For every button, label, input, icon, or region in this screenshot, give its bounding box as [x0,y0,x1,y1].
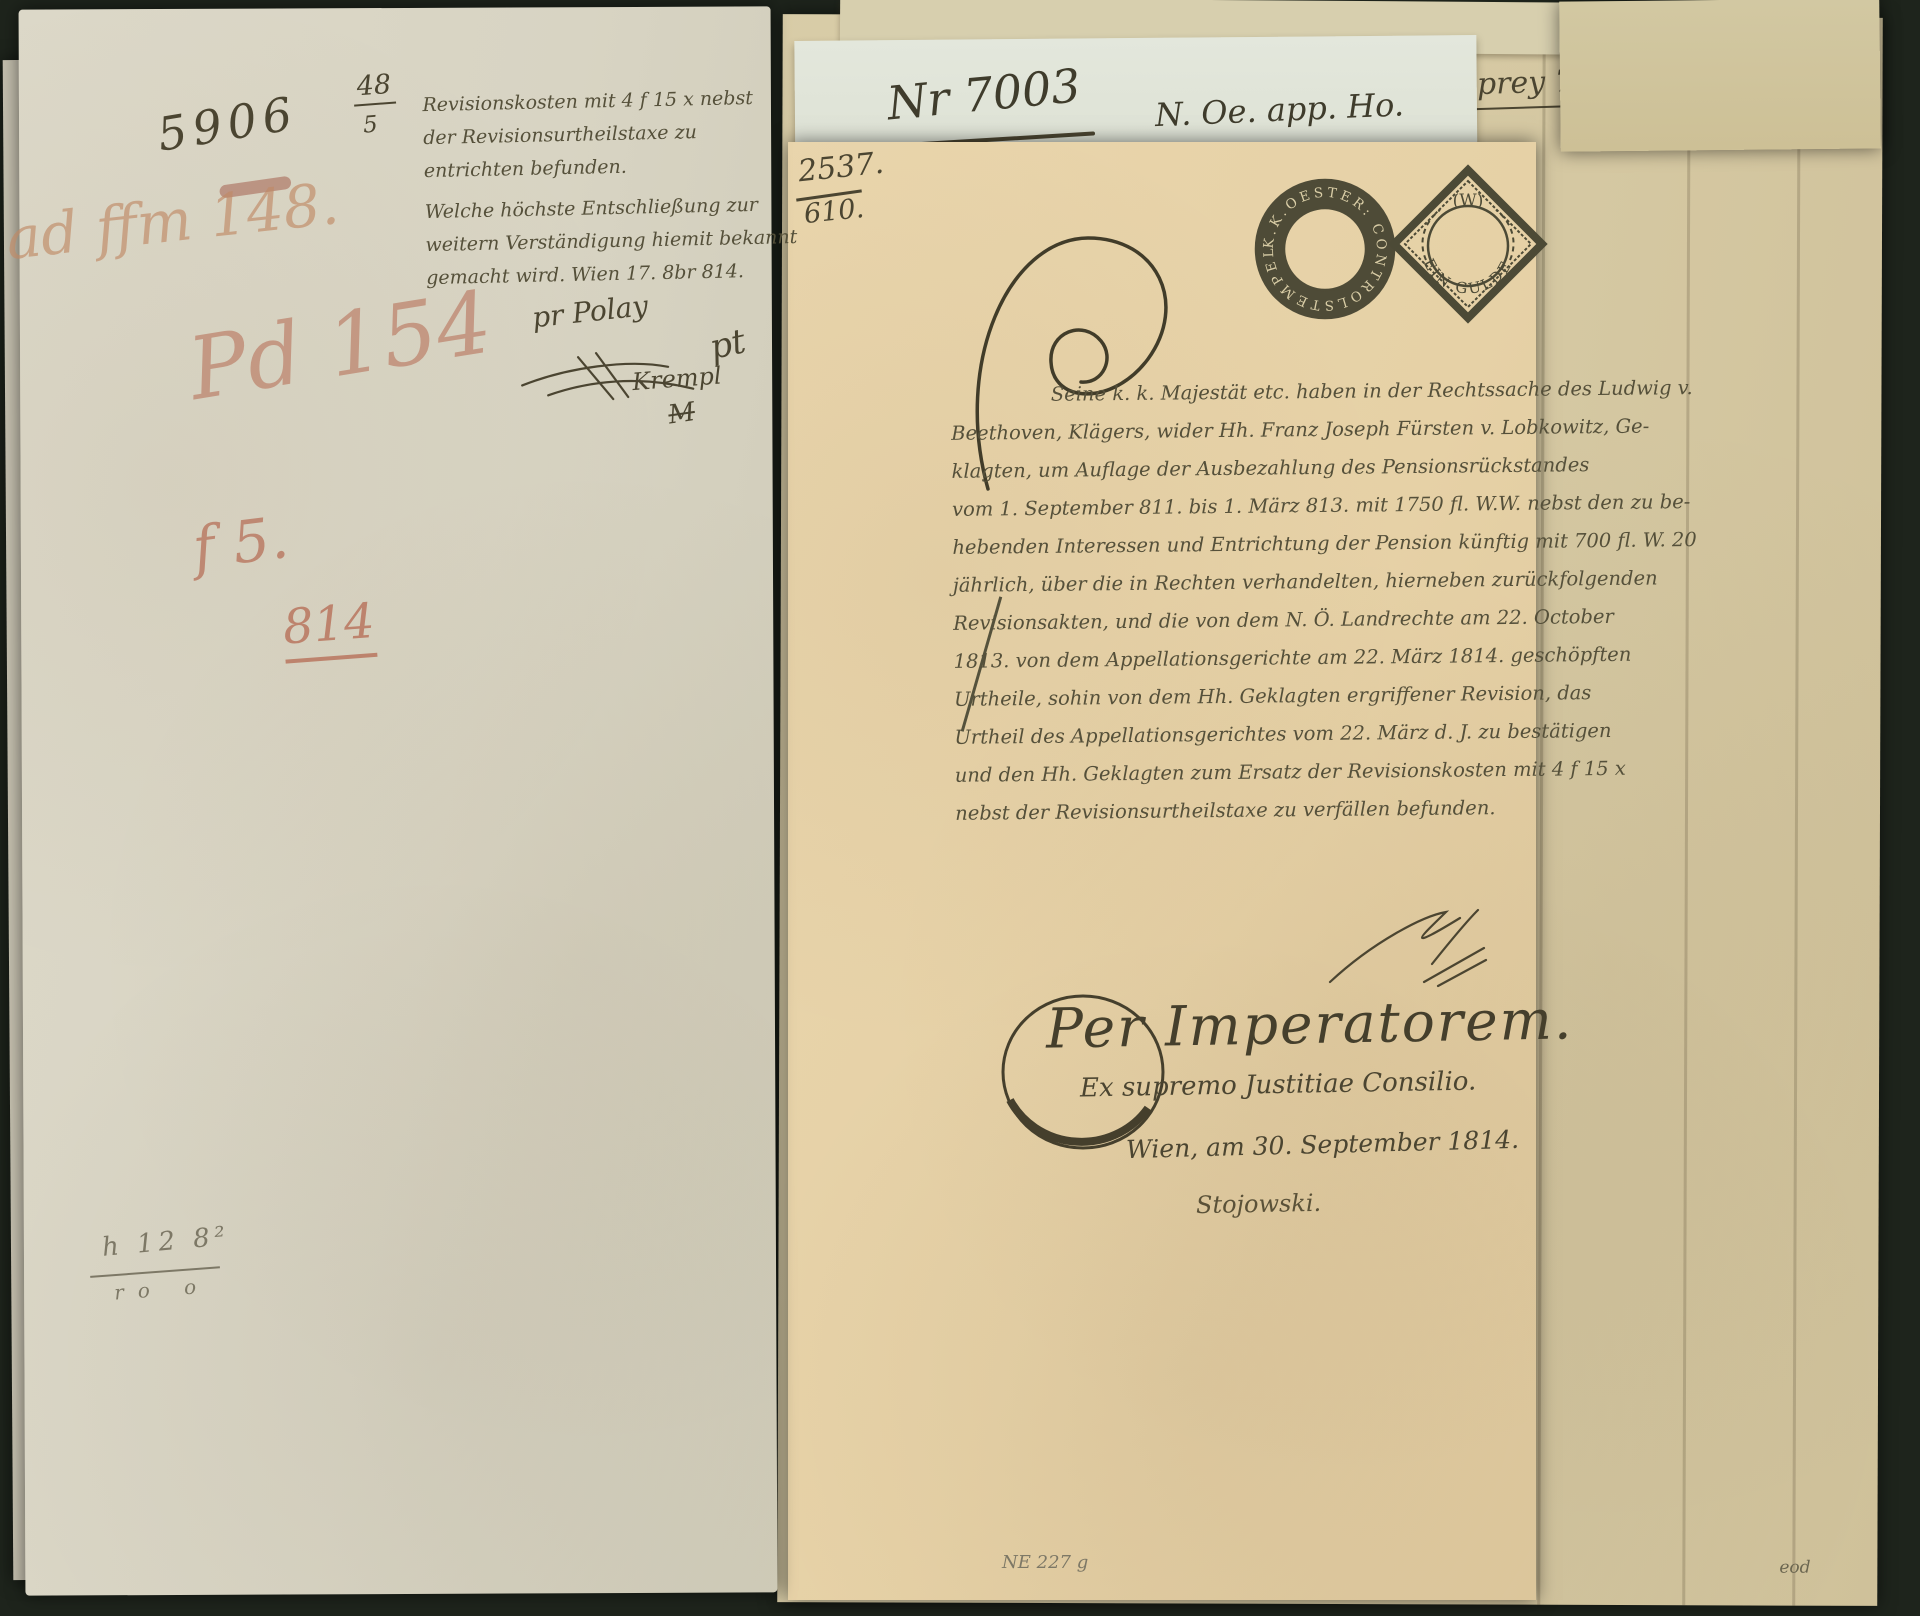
body-line: Urtheil des Appellationsgerichtes vom 22… [954,713,1494,757]
note-line: entrichten befunden. [424,147,796,188]
red-mark-ad: ad ffm 148. [3,169,342,273]
archive-mark: NE 227 g [1002,1552,1088,1573]
document-scan: de prey 7t Decemb 814 eod Nr 7003 363 N.… [0,0,1920,1616]
place-date: Wien, am 30. September 1814. [1126,1125,1520,1164]
svg-text:EIN GULDEN: EIN GULDEN [1380,150,1516,298]
pencil-calc-top: h 12 8² [101,1221,232,1263]
page-edge-crease [1792,18,1801,1606]
decree-page: 2537. 610. K.K.OESTER: CONTROLSTEMPEL (W… [788,142,1536,1600]
per-imperatorem: Per Imperatorem. [1045,987,1573,1060]
wrinkled-sheet-edge [1559,0,1881,152]
ex-supremo: Ex supremo Justitiae Consilio. [1080,1067,1477,1104]
secretary-signature: Stojowski. [1196,1189,1322,1219]
registry-note: Revisionskosten mit 4 f 15 x nebst der R… [422,81,798,295]
signature-krempl-paraph: M [666,397,697,431]
body-line: Beethoven, Klägers, wider Hh. Franz Jose… [951,409,1491,453]
left-page: 48 5 5906 Revisionskosten mit 4 f 15 x n… [19,6,778,1595]
body-line: Revisionsakten, und die von dem N. Ö. La… [953,599,1493,643]
page-edge-crease [1682,17,1691,1605]
svg-text:(W): (W) [1453,191,1484,211]
body-line: und den Hh. Geklagten zum Ersatz der Rev… [955,751,1495,795]
decree-body: Seine k. k. Majestät etc. haben in der R… [951,371,1496,833]
slip-number: Nr 7003 [885,58,1083,130]
red-mark-year: 814 [281,593,377,664]
gulden-stamp-icon: (W) EIN GULDEN [1388,164,1548,324]
red-mark-f5: f 5. [189,503,292,582]
slip-office-note: N. Oe. app. Ho. [1154,85,1404,134]
signature-krempl: Krempl [631,362,722,397]
signature-polay: pr Polay [530,289,649,334]
file-number-bottom: 610. [803,193,866,230]
body-line: klagten, um Auflage der Ausbezahlung des… [951,447,1491,491]
body-line: Seine k. k. Majestät etc. haben in der R… [951,371,1491,415]
file-number-top: 2537. [796,146,885,190]
control-stamp-icon: K.K.OESTER: CONTROLSTEMPEL [1250,174,1400,324]
body-line: 1813. von dem Appellationsgerichte am 22… [953,637,1493,681]
body-line: hebenden Interessen und Entrichtung der … [952,523,1492,567]
registry-number: 5906 [154,86,302,162]
fraction-top: 48 [352,69,397,107]
corner-mark: eod [1779,1558,1810,1578]
mark-pt: pt [706,321,749,368]
body-line: jährlich, über die in Rechten verhandelt… [953,561,1493,605]
body-line: vom 1. September 811. bis 1. März 813. m… [952,485,1492,529]
red-mark-flourish: Pd 154 [182,272,499,420]
body-line: Urtheile, sohin von dem Hh. Geklagten er… [954,675,1494,719]
fraction-bottom: 5 [362,112,379,139]
pencil-calc-bottom: ro o [113,1274,211,1305]
body-line: nebst der Revisionsurtheilstaxe zu verfä… [955,789,1495,833]
countersignature-flourish [1328,904,1488,994]
